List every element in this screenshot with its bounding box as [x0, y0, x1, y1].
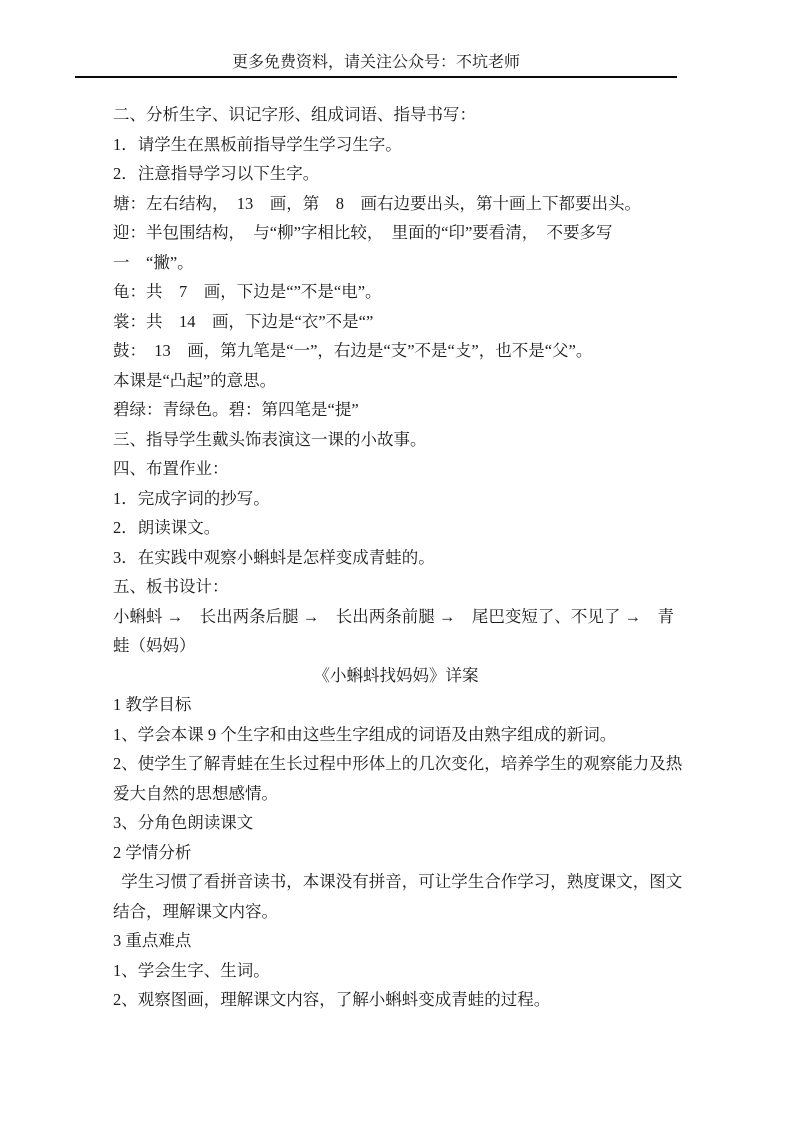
goal-item-2: 2、使学生了解青蛙在生长过程中形体上的几次变化，培养学生的观察能力及热: [113, 749, 679, 779]
learner-analysis-text: 学生习惯了看拼音读书，本课没有拼音，可让学生合作学习，熟度课文，图文: [113, 867, 679, 897]
heading-learner-analysis: 2 学情分析: [113, 838, 679, 868]
board-design-flow: 小蝌蚪 → 长出两条后腿 → 长出两条前腿 → 尾巴变短了、不见了 → 青: [113, 602, 679, 632]
document-body: 二、分析生字、识记字形、组成词语、指导书写： 1．请学生在黑板前指导学生学习生字…: [113, 100, 679, 1015]
homework-item-1: 1．完成字词的抄写。: [113, 484, 679, 514]
list-item-1: 1．请学生在黑板前指导学生学习生字。: [113, 130, 679, 160]
glyph-note-shang: 裳：共 14 画，下边是“衣”不是“”: [113, 307, 679, 337]
board-design-flow-cont: 蛙（妈妈）: [113, 631, 679, 661]
homework-item-3: 3．在实践中观察小蝌蚪是怎样变成青蛙的。: [113, 543, 679, 573]
glyph-note-gui: 龟：共 7 画，下边是“”不是“电”。: [113, 277, 679, 307]
glyph-note-ying: 迎：半包围结构， 与“柳”字相比较， 里面的“印”要看清， 不要多写: [113, 218, 679, 248]
learner-analysis-text-cont: 结合，理解课文内容。: [113, 897, 679, 927]
list-item-2: 2．注意指导学习以下生字。: [113, 159, 679, 189]
goal-item-3: 3、分角色朗读课文: [113, 808, 679, 838]
goal-item-1: 1、学会本课 9 个生字和由这些生字组成的词语及由熟字组成的新词。: [113, 720, 679, 750]
section-heading-4: 四、布置作业：: [113, 454, 679, 484]
difficulty-item-2: 2、观察图画，理解课文内容，了解小蝌蚪变成青蛙的过程。: [113, 985, 679, 1015]
homework-item-2: 2．朗读课文。: [113, 513, 679, 543]
section-heading-2: 二、分析生字、识记字形、组成词语、指导书写：: [113, 100, 679, 130]
glyph-note-gu-cont: 本课是“凸起”的意思。: [113, 366, 679, 396]
glyph-note-gu: 鼓： 13 画，第九笔是“一”，右边是“支”不是“攴”，也不是“父”。: [113, 336, 679, 366]
glyph-note-ying-cont: 一 “撇”。: [113, 248, 679, 278]
heading-key-difficulties: 3 重点难点: [113, 926, 679, 956]
section-heading-3: 三、指导学生戴头饰表演这一课的小故事。: [113, 425, 679, 455]
document-page: 更多免费资料，请关注公众号：不坑老师 二、分析生字、识记字形、组成词语、指导书写…: [0, 0, 793, 1122]
heading-teaching-goals: 1 教学目标: [113, 690, 679, 720]
glyph-note-tang: 塘：左右结构， 13 画，第 8 画右边要出头，第十画上下都要出头。: [113, 189, 679, 219]
header-notice: 更多免费资料，请关注公众号：不坑老师: [75, 50, 677, 76]
glyph-note-bilv: 碧绿：青绿色。碧：第四笔是“提”: [113, 395, 679, 425]
lesson-title: 《小蝌蚪找妈妈》详案: [113, 661, 679, 691]
difficulty-item-1: 1、学会生字、生词。: [113, 956, 679, 986]
header-divider: [75, 76, 677, 78]
goal-item-2-cont: 爱大自然的思想感情。: [113, 779, 679, 809]
section-heading-5: 五、板书设计：: [113, 572, 679, 602]
